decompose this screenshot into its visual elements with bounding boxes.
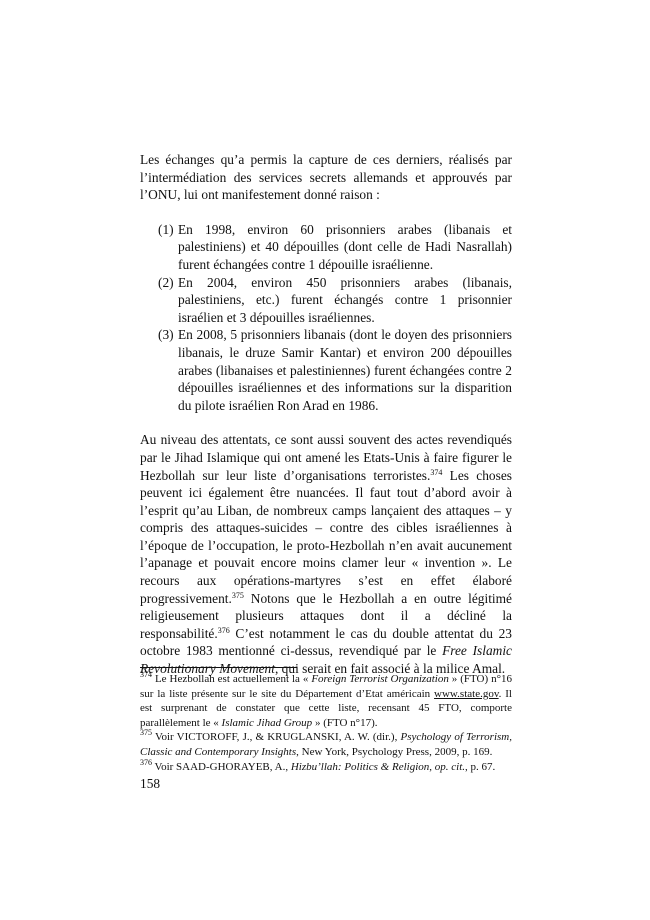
exchange-list: (1) En 1998, environ 60 prisonniers arab… (140, 221, 512, 415)
intro-paragraph: Les échanges qu’a permis la capture de c… (140, 151, 512, 204)
footnote-text: Voir SAAD-GHORAYEB, A., (152, 761, 291, 773)
footnote-text: , New York, Psychology Press, 2009, p. 1… (296, 746, 492, 758)
attacks-paragraph: Au niveau des attentats, ce sont aussi s… (140, 431, 512, 677)
list-item-number: (3) (158, 326, 174, 344)
footnote-number: 374 (140, 670, 152, 679)
list-item: (2) En 2004, environ 450 prisonniers ara… (144, 274, 512, 327)
footnote-text: » (FTO n°17). (312, 717, 377, 729)
footnote-text: , p. 67. (465, 761, 495, 773)
footnote-italic: Hizbu’llah: Politics & Religion (291, 761, 429, 773)
footnote-text: Le Hezbollah est actuellement la « (152, 673, 311, 685)
list-item-text: En 1998, environ 60 prisonniers arabes (… (178, 221, 512, 274)
list-item-number: (1) (158, 221, 174, 239)
footnote-number: 376 (140, 758, 152, 767)
body-text: Les choses peuvent ici également être nu… (140, 468, 512, 606)
footnote-375: 375 Voir VICTOROFF, J., & KRUGLANSKI, A.… (140, 730, 512, 759)
footnote-376: 376 Voir SAAD-GHORAYEB, A., Hizbu’llah: … (140, 760, 512, 775)
footnote-ref-375[interactable]: 375 (232, 591, 244, 600)
list-item: (1) En 1998, environ 60 prisonniers arab… (144, 221, 512, 274)
page-body: Les échanges qu’a permis la capture de c… (140, 151, 512, 678)
footnote-374: 374 Le Hezbollah est actuellement la « F… (140, 672, 512, 730)
list-item-number: (2) (158, 274, 174, 292)
footnotes: 374 Le Hezbollah est actuellement la « F… (140, 672, 512, 774)
page-number: 158 (140, 776, 160, 792)
footnote-separator (140, 667, 297, 668)
list-item: (3) En 2008, 5 prisonniers libanais (don… (144, 326, 512, 414)
list-item-text: En 2004, environ 450 prisonniers arabes … (178, 274, 512, 327)
footnote-italic: Islamic Jihad Group (222, 717, 313, 729)
footnote-italic: Foreign Terrorist Organization (311, 673, 449, 685)
footnote-text: Voir VICTOROFF, J., & KRUGLANSKI, A. W. … (152, 731, 400, 743)
footnote-ref-374[interactable]: 374 (430, 468, 442, 477)
footnote-ref-376[interactable]: 376 (218, 626, 230, 635)
list-item-text: En 2008, 5 prisonniers libanais (dont le… (178, 326, 512, 414)
footnote-italic: op. cit. (435, 761, 465, 773)
footnote-number: 375 (140, 728, 152, 737)
state-gov-link[interactable]: www.state.gov (434, 688, 499, 700)
